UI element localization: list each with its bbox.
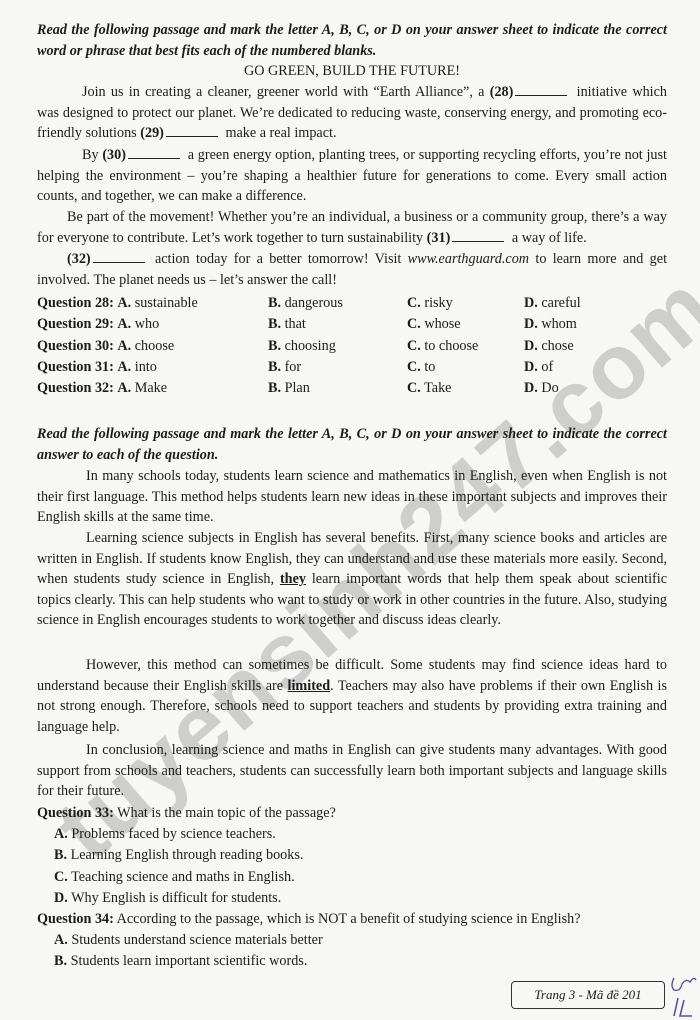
option-text: Why English is difficult for students. [68,890,281,906]
option-letter: C. [407,338,421,354]
option-letter: A. [117,295,131,311]
blank-31 [452,229,504,242]
blank-number-31: (31) [427,230,451,246]
option-text: careful [541,295,580,311]
option-letter: D. [524,380,538,396]
option-text: Take [424,380,451,396]
option-letter: D. [524,316,538,332]
passage1-title: GO GREEN, BUILD THE FUTURE! [37,61,667,82]
blank-number-32: (32) [67,251,91,267]
question-33-option-c: C. Teaching science and maths in English… [37,867,667,888]
question-33-text: What is the main topic of the passage? [114,805,336,821]
option-letter: C. [407,380,421,396]
option-a: Question 32: A. Make [37,378,167,399]
option-c: C. to [407,357,435,378]
option-text: of [541,359,553,375]
question-label: Question 31: [37,359,114,375]
blank-number-29: (29) [140,125,164,141]
option-letter: C. [407,359,421,375]
passage2-paragraph-2: Learning science subjects in English has… [37,528,667,631]
website-link: www.earthguard.com [408,251,529,267]
question-row: Question 32: A. MakeB. PlanC. TakeD. Do [37,378,667,399]
underlined-word-limited: limited [288,678,331,694]
option-letter: D. [524,338,538,354]
passage2-paragraph-1: In many schools today, students learn sc… [37,466,667,528]
option-text: Students understand science materials be… [68,932,323,948]
option-b: B. for [268,357,301,378]
option-letter: A. [117,359,131,375]
option-letter: C. [54,869,68,885]
page-number-box: Trang 3 - Mã đề 201 [511,981,665,1009]
option-c: C. risky [407,293,453,314]
blank-number-28: (28) [490,84,514,100]
option-a: Question 30: A. choose [37,336,174,357]
question-label: Question 28: [37,295,114,311]
question-34-option-a: A. Students understand science materials… [37,930,667,951]
option-letter: B. [54,847,67,863]
blank-30 [128,146,180,159]
option-text: Make [135,380,167,396]
question-34: Question 34: According to the passage, w… [37,909,667,973]
exam-page: tuyensinh247.com Read the following pass… [0,0,700,1020]
question-label: Question 32: [37,380,114,396]
option-letter: B. [268,338,281,354]
option-b: B. that [268,314,306,335]
option-b: B. Plan [268,378,310,399]
blank-28 [515,83,567,96]
question-label: Question 30: [37,338,114,354]
section1-instruction: Read the following passage and mark the … [37,20,667,61]
option-b: B. choosing [268,336,336,357]
option-letter: C. [407,316,421,332]
option-text: risky [424,295,452,311]
option-letter: A. [54,932,68,948]
question-row: Question 31: A. intoB. forC. toD. of [37,357,667,378]
option-letter: D. [54,890,68,906]
option-text: whose [424,316,460,332]
question-label: Question 29: [37,316,114,332]
option-letter: A. [54,826,68,842]
option-text: to choose [424,338,478,354]
option-text: Plan [285,380,310,396]
option-d: D. whom [524,314,577,335]
p1-text-c: make a real impact. [222,125,337,141]
passage1-paragraph-2: By (30) a green energy option, planting … [37,145,667,207]
passage2-paragraph-4: In conclusion, learning science and math… [37,740,667,802]
question-33-stem: Question 33: What is the main topic of t… [37,803,667,824]
option-letter: C. [407,295,421,311]
question-34-stem: Question 34: According to the passage, w… [37,909,667,930]
option-c: C. Take [407,378,451,399]
option-a: Question 31: A. into [37,357,157,378]
option-text: dangerous [285,295,343,311]
option-text: who [135,316,159,332]
blank-number-30: (30) [102,147,126,163]
option-letter: A. [117,316,131,332]
question-33-option-b: B. Learning English through reading book… [37,845,667,866]
option-text: Learning English through reading books. [67,847,303,863]
question-row: Question 29: A. whoB. thatC. whoseD. who… [37,314,667,335]
p3-text-b: a way of life. [508,230,586,246]
section2-instruction: Read the following passage and mark the … [37,424,667,465]
question-33-label: Question 33: [37,805,114,821]
option-letter: B. [268,316,281,332]
option-text: Do [541,380,558,396]
option-letter: A. [117,338,131,354]
passage1-paragraph-1: Join us in creating a cleaner, greener w… [37,82,667,144]
question-34-text: According to the passage, which is NOT a… [114,911,581,927]
option-text: choosing [285,338,336,354]
option-text: to [424,359,435,375]
option-text: into [135,359,157,375]
passage1-paragraph-3: Be part of the movement! Whether you’re … [37,207,667,248]
option-text: sustainable [135,295,198,311]
question-row: Question 28: A. sustainableB. dangerousC… [37,293,667,314]
underlined-word-they: they [280,571,306,587]
option-c: C. whose [407,314,461,335]
option-text: Teaching science and maths in English. [68,869,295,885]
option-b: B. dangerous [268,293,343,314]
option-d: D. chose [524,336,574,357]
question-33: Question 33: What is the main topic of t… [37,803,667,909]
question-34-label: Question 34: [37,911,114,927]
passage2-paragraph-3: However, this method can sometimes be di… [37,655,667,737]
option-a: Question 28: A. sustainable [37,293,198,314]
option-d: D. of [524,357,553,378]
p1-text-a: Join us in creating a cleaner, greener w… [82,84,490,100]
option-letter: D. [524,295,538,311]
option-letter: B. [54,953,67,969]
passage1-paragraph-4: (32) action today for a better tomorrow!… [37,249,667,290]
blank-29 [166,124,218,137]
option-letter: B. [268,380,281,396]
option-text: for [285,359,302,375]
blank-32 [93,250,145,263]
question-33-option-a: A. Problems faced by science teachers. [37,824,667,845]
option-a: Question 29: A. who [37,314,159,335]
option-letter: A. [117,380,131,396]
option-letter: B. [268,359,281,375]
option-c: C. to choose [407,336,478,357]
option-d: D. Do [524,378,559,399]
p4-text-a: action today for a better tomorrow! Visi… [149,251,408,267]
option-letter: D. [524,359,538,375]
option-text: that [285,316,306,332]
option-letter: B. [268,295,281,311]
option-text: Problems faced by science teachers. [68,826,276,842]
question-34-option-b: B. Students learn important scientific w… [37,951,667,972]
handwritten-signature-icon [668,972,698,1020]
question-33-option-d: D. Why English is difficult for students… [37,888,667,909]
option-d: D. careful [524,293,581,314]
option-text: whom [541,316,576,332]
option-text: chose [541,338,573,354]
option-text: choose [135,338,174,354]
option-text: Students learn important scientific word… [67,953,307,969]
question-row: Question 30: A. chooseB. choosingC. to c… [37,336,667,357]
p2-text-a: By [82,147,102,163]
questions-28-32: Question 28: A. sustainableB. dangerousC… [37,293,667,399]
